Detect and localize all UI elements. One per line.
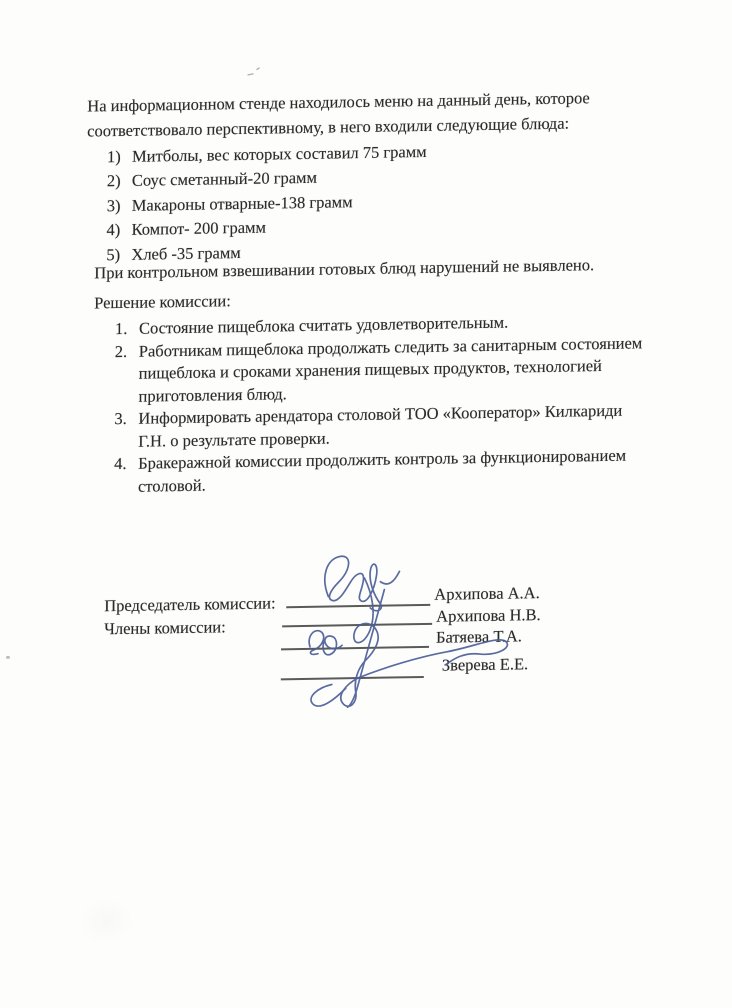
menu-item-number: 1) <box>107 145 132 170</box>
menu-item-number: 2) <box>107 169 132 194</box>
speck-artifact <box>6 656 10 659</box>
menu-item-text: Соус сметанный-20 грамм <box>132 166 317 193</box>
decision-item-text: Работникам пищеблока продолжать следить … <box>138 332 642 408</box>
menu-item-number: 3) <box>107 194 132 219</box>
members-label: Члены комиссии: <box>104 617 226 639</box>
scanned-document-page: На информационном стенде находилось меню… <box>0 0 732 1008</box>
pen-mark-artifact <box>245 66 265 78</box>
document-content: На информационном стенде находилось меню… <box>0 0 732 1008</box>
smudge-artifact <box>79 898 133 945</box>
decision-item-number: 3. <box>114 408 138 431</box>
menu-list: 1) Митболы, вес которых составил 75 грам… <box>106 140 426 267</box>
decision-item-text: Информировать арендатора столовой ТОО «К… <box>138 400 622 453</box>
menu-item-text: Макароны отварные-138 грамм <box>132 190 353 218</box>
handwritten-signatures-ink <box>266 543 527 717</box>
decision-item: 4. Бракеражной комиссии продолжить контр… <box>114 444 642 498</box>
decision-item: 2. Работникам пищеблока продолжать следи… <box>114 332 642 408</box>
decision-item-number: 1. <box>115 318 139 341</box>
decision-item-text: Бракеражной комиссии продолжить контроль… <box>138 445 626 498</box>
intro-paragraph: На информационном стенде находилось меню… <box>87 85 590 143</box>
decision-list: 1. Состояние пищеблока считать удовлетво… <box>114 309 643 498</box>
decision-heading: Решение комиссии: <box>94 288 231 315</box>
menu-item-text: Компот- 200 грамм <box>132 216 267 243</box>
decision-item-number: 2. <box>115 340 139 363</box>
decision-item-number: 4. <box>114 453 138 476</box>
menu-item-text: Митболы, вес которых составил 75 грамм <box>132 140 427 169</box>
menu-item-number: 4) <box>107 218 132 243</box>
chairman-label: Председатель комиссии: <box>104 593 275 616</box>
